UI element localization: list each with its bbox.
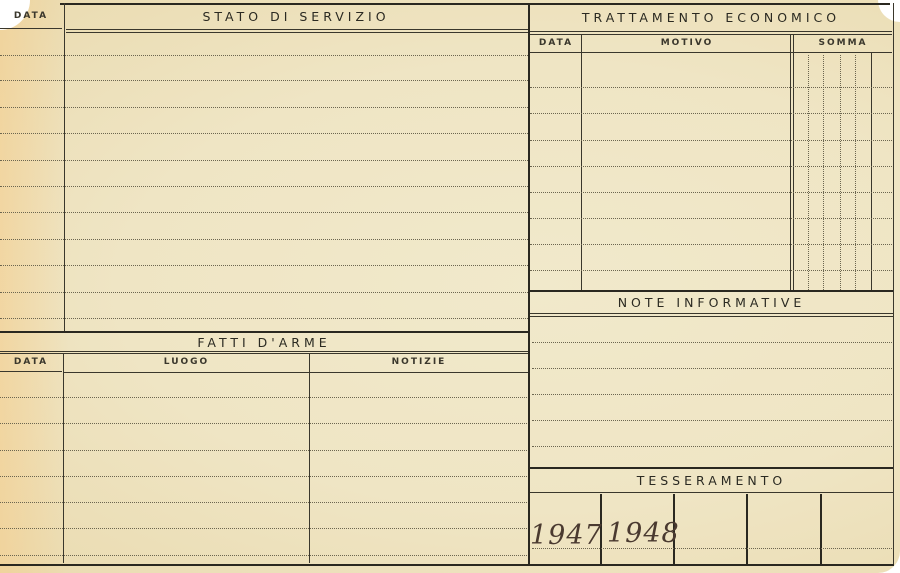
entry-line[interactable]: [0, 133, 528, 134]
column-divider: [64, 3, 65, 331]
column-divider: [820, 494, 822, 564]
divider: [0, 353, 528, 354]
divider: [0, 351, 528, 352]
stato-data-header: DATA: [0, 11, 62, 21]
somma-digit-guide: [823, 55, 824, 290]
entry-line[interactable]: [0, 423, 527, 424]
fatti-d-arme-title: FATTI D'ARME: [0, 335, 528, 350]
tesseramento-year-1[interactable]: 1947: [530, 520, 603, 551]
tesseramento-year-5[interactable]: [823, 496, 891, 562]
tesseramento-title: TESSERAMENTO: [530, 473, 893, 488]
column-divider: [63, 353, 64, 563]
column-divider: [790, 34, 791, 290]
somma-digit-guide: [808, 55, 809, 290]
entry-line[interactable]: [0, 186, 528, 187]
entry-line[interactable]: [530, 218, 892, 219]
divider: [530, 316, 893, 317]
tesseramento-year-3[interactable]: [676, 496, 744, 562]
entry-line[interactable]: [530, 87, 892, 88]
fatti-luogo-header: LUOGO: [64, 357, 309, 367]
divider: [530, 313, 893, 314]
entry-line[interactable]: [0, 450, 527, 451]
entry-line[interactable]: [0, 528, 527, 529]
entry-line[interactable]: [532, 342, 892, 343]
entry-line[interactable]: [0, 318, 528, 319]
entry-line[interactable]: [0, 397, 527, 398]
somma-digit-guide: [855, 55, 856, 290]
divider: [0, 371, 62, 372]
right-border: [893, 3, 894, 565]
entry-line[interactable]: [0, 502, 527, 503]
trattamento-motivo-header: MOTIVO: [582, 38, 792, 48]
entry-line[interactable]: [532, 368, 892, 369]
divider: [530, 34, 892, 35]
entry-line[interactable]: [0, 265, 528, 266]
entry-line[interactable]: [530, 270, 892, 271]
entry-line[interactable]: [0, 476, 527, 477]
somma-digit-guide: [840, 55, 841, 290]
note-informative-title: NOTE INFORMATIVE: [530, 295, 893, 310]
section-border: [530, 290, 893, 292]
bottom-border: [0, 564, 894, 566]
entry-line[interactable]: [0, 555, 527, 556]
column-divider: [746, 494, 748, 564]
fatti-notizie-header: NOTIZIE: [310, 357, 528, 367]
divider: [0, 28, 62, 29]
tesseramento-year-4[interactable]: [749, 496, 817, 562]
entry-line[interactable]: [532, 394, 892, 395]
column-divider: [309, 353, 310, 563]
entry-line[interactable]: [530, 244, 892, 245]
stato-di-servizio-title: STATO DI SERVIZIO: [64, 9, 528, 24]
entry-line[interactable]: [530, 140, 892, 141]
column-divider: [793, 34, 794, 290]
military-record-card: DATA STATO DI SERVIZIO TRATTAMENTO ECONO…: [0, 0, 900, 573]
entry-line[interactable]: [530, 166, 892, 167]
divider: [530, 492, 893, 493]
divider: [530, 31, 892, 32]
divider: [64, 372, 528, 373]
entry-line[interactable]: [0, 212, 528, 213]
entry-line[interactable]: [0, 239, 528, 240]
entry-line[interactable]: [532, 446, 892, 447]
entry-line[interactable]: [530, 113, 892, 114]
top-border: [530, 3, 890, 5]
section-border: [530, 467, 893, 469]
tesseramento-year-2[interactable]: 1948: [607, 518, 680, 549]
divider: [66, 29, 528, 30]
entry-line[interactable]: [0, 292, 528, 293]
trattamento-economico-title: TRATTAMENTO ECONOMICO: [530, 10, 892, 25]
divider: [530, 52, 892, 53]
section-border: [0, 331, 528, 333]
entry-line[interactable]: [0, 55, 528, 56]
entry-line[interactable]: [0, 160, 528, 161]
entry-line[interactable]: [0, 80, 528, 81]
entry-line[interactable]: [530, 192, 892, 193]
fatti-data-header: DATA: [0, 357, 62, 367]
column-divider: [581, 34, 582, 290]
top-border: [60, 3, 530, 5]
trattamento-data-header: DATA: [530, 38, 582, 48]
trattamento-somma-header: SOMMA: [794, 38, 892, 48]
divider: [66, 32, 528, 33]
entry-line[interactable]: [532, 420, 892, 421]
entry-line[interactable]: [0, 107, 528, 108]
